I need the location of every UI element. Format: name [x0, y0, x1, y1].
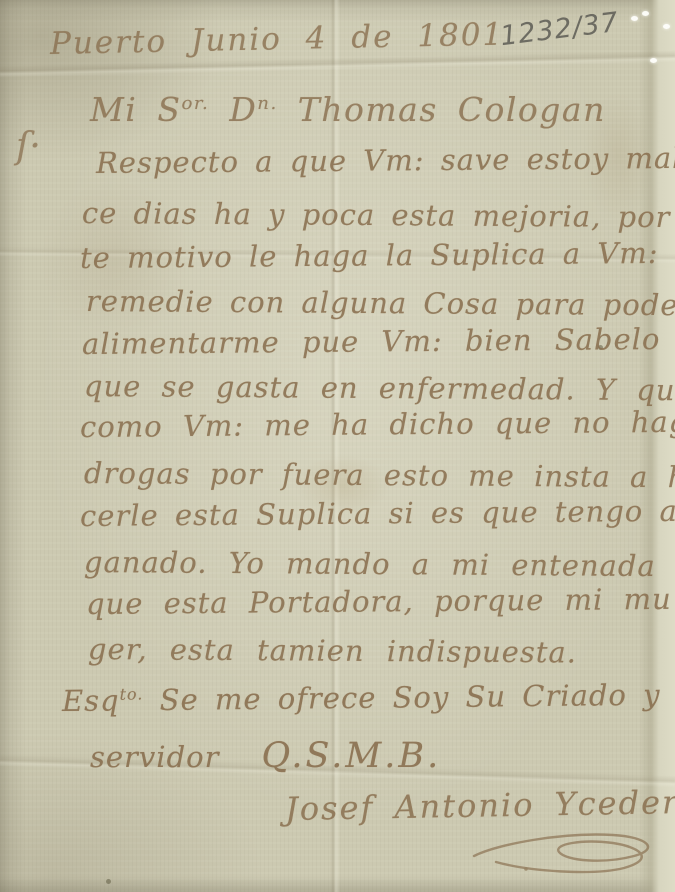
signature-rubric-flourish — [468, 816, 668, 880]
closing-line-2: servidorQ.S.M.B. — [90, 736, 441, 776]
letter-photo: 1232/37 Puerto Junio 4 de 1801 Mi Sor. D… — [0, 0, 675, 892]
closing-qsmb: Q.S.M.B. — [261, 736, 441, 776]
letter-line: ce dias ha y poca esta mejoria, por es — [82, 196, 675, 234]
letter-line: ger, esta tamien indispuesta. — [88, 632, 577, 669]
closing-text: Esq — [62, 683, 120, 718]
letter-line: Respecto a que Vm: save estoy malo do — [96, 140, 675, 180]
closing-servidor: servidor — [90, 740, 219, 774]
letter-line: que se gasta en enfermedad. Y que — [84, 369, 675, 407]
closing-text: Se me ofrece Soy Su Criado y — [143, 678, 660, 717]
closing-abbrev: to. — [119, 684, 143, 703]
letter-line: drogas por fuera esto me insta a ha — [84, 456, 675, 494]
letter-line: te motivo le haga la Suplica a Vm: me — [80, 235, 675, 275]
letter-line: que esta Portadora, porque mi mu — [86, 582, 672, 621]
letter-line: cerle esta Suplica si es que tengo algo — [80, 493, 675, 533]
letter-line: remedie con alguna Cosa para poder — [86, 284, 675, 322]
letter-line: como Vm: me ha dicho que no haga — [80, 405, 675, 444]
letter-line: alimentarme pue Vm: bien Sabelo — [82, 322, 661, 361]
letter-line: ganado. Yo mando a mi entenada — [84, 545, 656, 583]
closing-line: Esqto. Se me ofrece Soy Su Criado y — [62, 678, 661, 718]
